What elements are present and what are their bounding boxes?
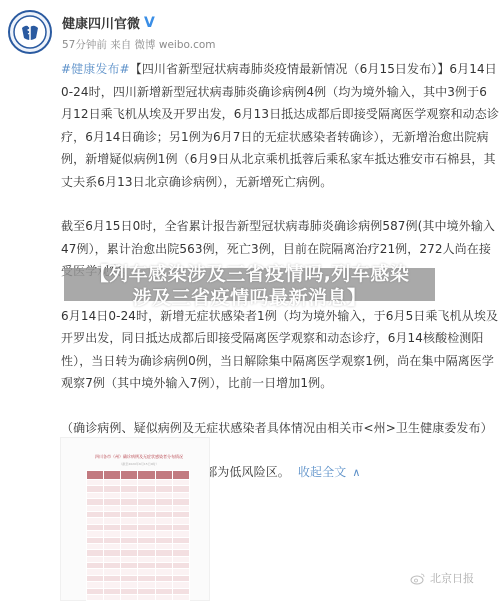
hashtag-link[interactable]: #健康发布# [61,62,130,76]
post-paragraph-1: #健康发布#【四川省新型冠状病毒肺炎疫情最新情况（6月15日发布）】6月14日0… [61,58,499,193]
watermark-label: 北京日报 [430,570,474,586]
verified-v-icon: V [144,15,155,31]
chevron-up-icon[interactable]: ∧ [352,466,360,479]
source-watermark: 北京日报 [410,570,474,586]
headline-overlay-title: 【列车感染涉及三省疫情吗,列车感染 涉及三省疫情吗最新消息】 [64,262,435,310]
health-emblem-icon [12,14,48,50]
collapse-full-text-link[interactable]: 收起全文 [298,465,346,479]
attached-table-image[interactable]: 四川各市（州）确诊病例及无症状感染者分布情况 （截至2020年6月15日0时） [60,437,210,601]
weibo-post: 健康四川官微 V 57分钟前 来自 微博 weibo.com #健康发布#【四川… [0,0,500,601]
post-paragraph-4: （确诊病例、疑似病例及无症状感染者具体情况由相关市<州>卫生健康委发布） [61,417,499,440]
table-caption: 四川各市（州）确诊病例及无症状感染者分布情况 [84,454,194,460]
author-avatar[interactable] [8,10,52,54]
author-name[interactable]: 健康四川官微 V [62,13,155,32]
weibo-logo-icon [410,572,426,585]
table-subcaption: （截至2020年6月15日0时） [96,462,182,466]
post-meta: 57分钟前 来自 微博 weibo.com [62,37,216,52]
post-paragraph-3: 6月14日0-24时，新增无症状感染者1例（均为境外输入，于6月5日乘飞机从埃及… [61,305,499,395]
case-distribution-table [86,470,190,601]
author-name-text[interactable]: 健康四川官微 [62,13,140,32]
